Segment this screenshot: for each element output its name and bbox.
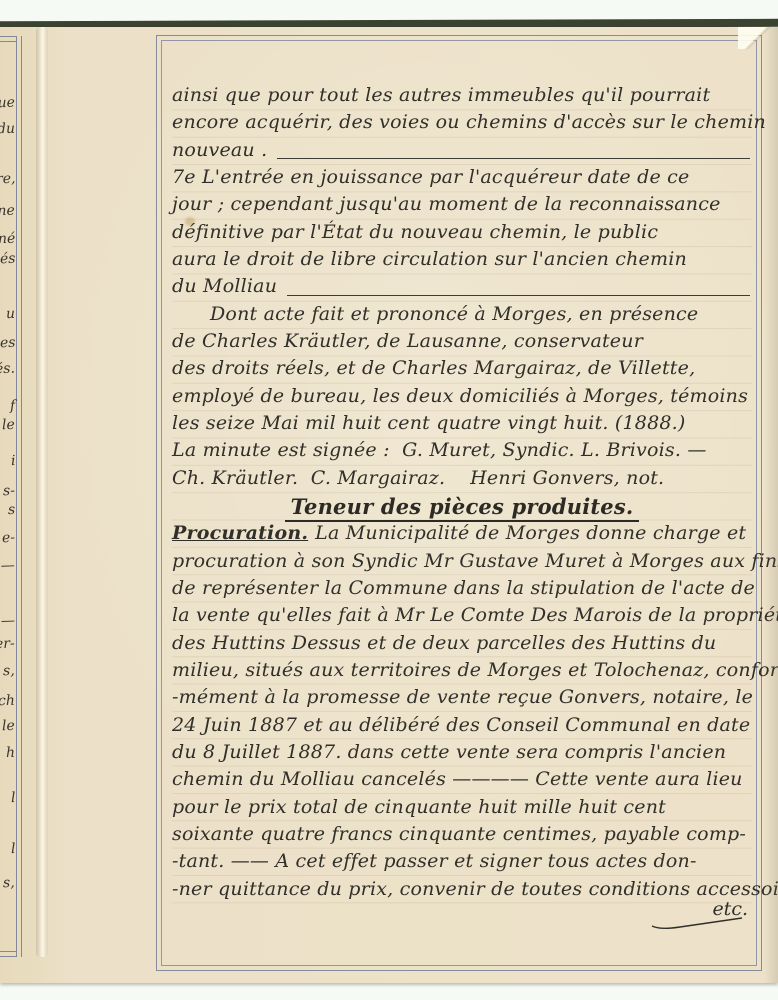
manuscript-line: 24 Juin 1887 et au délibéré des Conseil … [172, 714, 752, 741]
line-text: du Molliau [172, 275, 277, 297]
line-text: de représenter la Commune dans la stipul… [172, 577, 755, 599]
line-text: -ner quittance du prix, convenir de tout… [172, 878, 778, 900]
corner-fold [738, 27, 778, 49]
manuscript-line: Ch. Kräutler. C. Margairaz. Henri Gonver… [172, 467, 752, 494]
line-text: encore acquérir, des voies ou chemins d'… [172, 111, 766, 133]
manuscript-line: -ner quittance du prix, convenir de tout… [172, 878, 752, 905]
verso-fragment: e — [0, 558, 15, 575]
manuscript-line: -mément à la promesse de vente reçue Gon… [172, 686, 752, 713]
line-text: employé de bureau, les deux domiciliés à… [172, 385, 748, 407]
line-text: 7e L'entrée en jouissance par l'acquéreu… [172, 166, 689, 188]
verso-fragment: e- [2, 530, 16, 546]
manuscript-line: les seize Mai mil huit cent quatre vingt… [172, 412, 752, 439]
manuscript-line: de représenter la Commune dans la stipul… [172, 577, 752, 604]
line-text: La minute est signée : G. Muret, Syndic.… [172, 439, 707, 461]
manuscript-line: milieu, situés aux territoires de Morges… [172, 659, 752, 686]
verso-border-line [0, 956, 17, 957]
manuscript-line: du Molliau [172, 275, 752, 302]
line-text: procuration à son Syndic Mr Gustave Mure… [172, 550, 778, 572]
manuscript-line: des Huttins Dessus et de deux parcelles … [172, 632, 752, 659]
verso-fragment: le [2, 718, 15, 734]
line-text: la vente qu'elles fait à Mr Le Comte Des… [172, 604, 778, 626]
manuscript-line: -tant. —— A cet effet passer et signer t… [172, 850, 752, 877]
manuscript-line: encore acquérir, des voies ou chemins d'… [172, 111, 752, 138]
verso-fragment: er- [0, 636, 15, 653]
manuscript-line: La minute est signée : G. Muret, Syndic.… [172, 439, 752, 466]
line-text: soixante quatre francs cinquante centime… [172, 823, 746, 845]
line-text: aura le droit de libre circulation sur l… [172, 248, 687, 270]
verso-fragment: u [6, 306, 16, 322]
pen-flourish [650, 914, 746, 930]
verso-fragment: tue [0, 95, 15, 112]
line-text: Ch. Kräutler. C. Margairaz. Henri Gonver… [172, 467, 664, 489]
verso-fragment: h [6, 745, 16, 761]
verso-fragment: s, [3, 663, 15, 679]
manuscript-line: ainsi que pour tout les autres immeubles… [172, 84, 752, 111]
manuscript-line: nouveau . [172, 139, 752, 166]
line-text: des droits réels, et de Charles Margaira… [172, 357, 695, 379]
verso-fragment: — [1, 613, 16, 629]
line-text: 24 Juin 1887 et au délibéré des Conseil … [172, 714, 750, 736]
verso-fragment: né [0, 231, 15, 248]
manuscript-text: ainsi que pour tout les autres immeubles… [172, 84, 752, 905]
verso-border-line [16, 36, 17, 957]
line-text: pour le prix total de cinquante huit mil… [172, 796, 666, 818]
line-text: -mément à la promesse de vente reçue Gon… [172, 686, 753, 708]
line-text: Teneur des pièces produites. [285, 494, 640, 522]
line-text: nouveau . [172, 139, 267, 161]
manuscript-line: la vente qu'elles fait à Mr Le Comte Des… [172, 604, 752, 631]
line-text: ainsi que pour tout les autres immeubles… [172, 84, 710, 106]
line-text: milieu, situés aux territoires de Morges… [172, 659, 778, 681]
line-text: du 8 Juillet 1887. dans cette vente sera… [172, 741, 726, 763]
verso-fragment: és. [0, 361, 15, 378]
line-text: chemin du Molliau cancelés ———— Cette ve… [172, 768, 743, 790]
verso-fragment: l [10, 841, 15, 857]
section-heading: Teneur des pièces produites. [172, 494, 752, 522]
manuscript-line: du 8 Juillet 1887. dans cette vente sera… [172, 741, 752, 768]
manuscript-line: Procuration.La Municipalité de Morges do… [172, 522, 752, 549]
manuscript-line: Dont acte fait et prononcé à Morges, en … [172, 303, 752, 330]
manuscript-line: définitive par l'État du nouveau chemin,… [172, 221, 752, 248]
paragraph-label: Procuration. [172, 522, 315, 544]
filler-rule [287, 295, 750, 296]
filler-rule [277, 158, 750, 159]
notebook-page: tuedure,inenéésuesés.fleis-se-e ——er-s,c… [0, 27, 778, 983]
catchword: etc. [668, 898, 748, 932]
verso-fragment: le [2, 417, 15, 433]
manuscript-line: des droits réels, et de Charles Margaira… [172, 357, 752, 384]
verso-fragment: s [8, 502, 16, 518]
manuscript-line: employé de bureau, les deux domiciliés à… [172, 385, 752, 412]
verso-fragment: es [0, 335, 15, 352]
previous-page-edge: tuedure,inenéésuesés.fleis-se-e ——er-s,c… [0, 27, 36, 983]
manuscript-line: 7e L'entrée en jouissance par l'acquéreu… [172, 166, 752, 193]
manuscript-line: soixante quatre francs cinquante centime… [172, 823, 752, 850]
manuscript-line: jour ; cependant jusqu'au moment de la r… [172, 193, 752, 220]
manuscript-line: aura le droit de libre circulation sur l… [172, 248, 752, 275]
manuscript-line: pour le prix total de cinquante huit mil… [172, 796, 752, 823]
line-text: Dont acte fait et prononcé à Morges, en … [210, 303, 698, 325]
manuscript-line: chemin du Molliau cancelés ———— Cette ve… [172, 768, 752, 795]
verso-fragment: s- [3, 483, 15, 499]
verso-fragment: l [10, 790, 15, 806]
verso-fragment: f [10, 398, 16, 414]
verso-fragment: s, [3, 875, 15, 891]
verso-border-line [0, 41, 17, 42]
verso-fragment: du [0, 121, 15, 138]
verso-fragment: és [0, 251, 15, 268]
line-text: La Municipalité de Morges donne charge e… [315, 522, 746, 544]
verso-border-line [0, 36, 17, 37]
verso-fragment: i [10, 453, 15, 469]
line-text: définitive par l'État du nouveau chemin,… [172, 221, 658, 243]
verso-fragment: ine [0, 203, 15, 220]
verso-fragment: re, [0, 171, 15, 188]
scanned-document: tuedure,inenéésuesés.fleis-se-e ——er-s,c… [0, 0, 778, 1000]
line-text: jour ; cependant jusqu'au moment de la r… [172, 193, 721, 215]
page-fold-crease [36, 27, 48, 957]
line-text: -tant. —— A cet effet passer et signer t… [172, 850, 697, 872]
manuscript-line: de Charles Kräutler, de Lausanne, conser… [172, 330, 752, 357]
verso-border-line [0, 951, 17, 952]
line-text: des Huttins Dessus et de deux parcelles … [172, 632, 716, 654]
line-text: de Charles Kräutler, de Lausanne, conser… [172, 330, 643, 352]
manuscript-line: procuration à son Syndic Mr Gustave Mure… [172, 550, 752, 577]
line-text: les seize Mai mil huit cent quatre vingt… [172, 412, 686, 434]
verso-fragment: ch [0, 693, 15, 710]
verso-border-line [21, 36, 22, 957]
